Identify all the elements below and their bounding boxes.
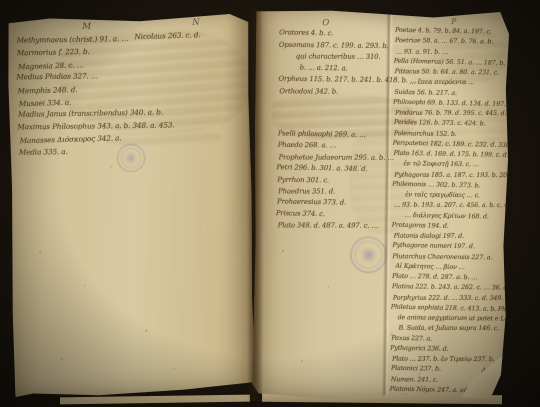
- index-entry: Platina 222. b. 243. a. 262. c. … 36. c.: [392, 282, 508, 294]
- column-header-p: P: [451, 17, 456, 26]
- book-gutter: [247, 9, 263, 401]
- index-entry: Pella (Homerus) 56. 51. a. … 187. b.: [394, 56, 510, 69]
- index-entry: ἐν τῷ Σοφιστῇ 163. c. …: [403, 160, 509, 172]
- column-header-m: M: [82, 22, 91, 32]
- index-entry: B. Suida, et Juliano supra 146. c.: [398, 324, 508, 335]
- index-entry: Nicolaus 263. c. d.: [134, 30, 200, 41]
- manuscript-right-page: O Oratores 4. b. c.Opsomans 187. c. 199.…: [251, 7, 511, 402]
- index-entry: Plato … 278. d. 287. a. b. …: [392, 272, 508, 284]
- index-entry: Plato 163. d. 169. d. 175. b. 199. c. d.…: [394, 149, 510, 161]
- index-entry: Philemonis … 302. b. 373. b.: [392, 179, 508, 192]
- column-header-o: O: [322, 18, 329, 28]
- column-header-n: N: [192, 18, 200, 28]
- index-entry: Poetriae 58. a. … 67. b. 76. a. b.: [395, 36, 511, 48]
- index-entry: … 93. b. 193. a. 207. c. 456. a. b. c. 4…: [394, 201, 510, 212]
- index-column-p: Poetae 4. b. 79. b. 84. a. 197. c.Poetri…: [391, 26, 512, 407]
- manuscript-left-page: M N Methymnaeus (christ.) 91. a. …Marmor…: [6, 10, 257, 398]
- index-column-m: Methymnaeus (christ.) 91. a. …Marmorius …: [16, 31, 247, 160]
- index-entry: Philetus sophista 218. c. 413. a. b. Phi…: [391, 302, 507, 315]
- index-entry: … ἔπεα πτερόεντα …: [409, 78, 511, 89]
- index-entry: Poetae 4. b. 79. b. 84. a. 197. c.: [395, 26, 511, 38]
- page-stack-edge: [60, 395, 250, 405]
- manuscript-photo: M N Methymnaeus (christ.) 91. a. …Marmor…: [0, 0, 540, 407]
